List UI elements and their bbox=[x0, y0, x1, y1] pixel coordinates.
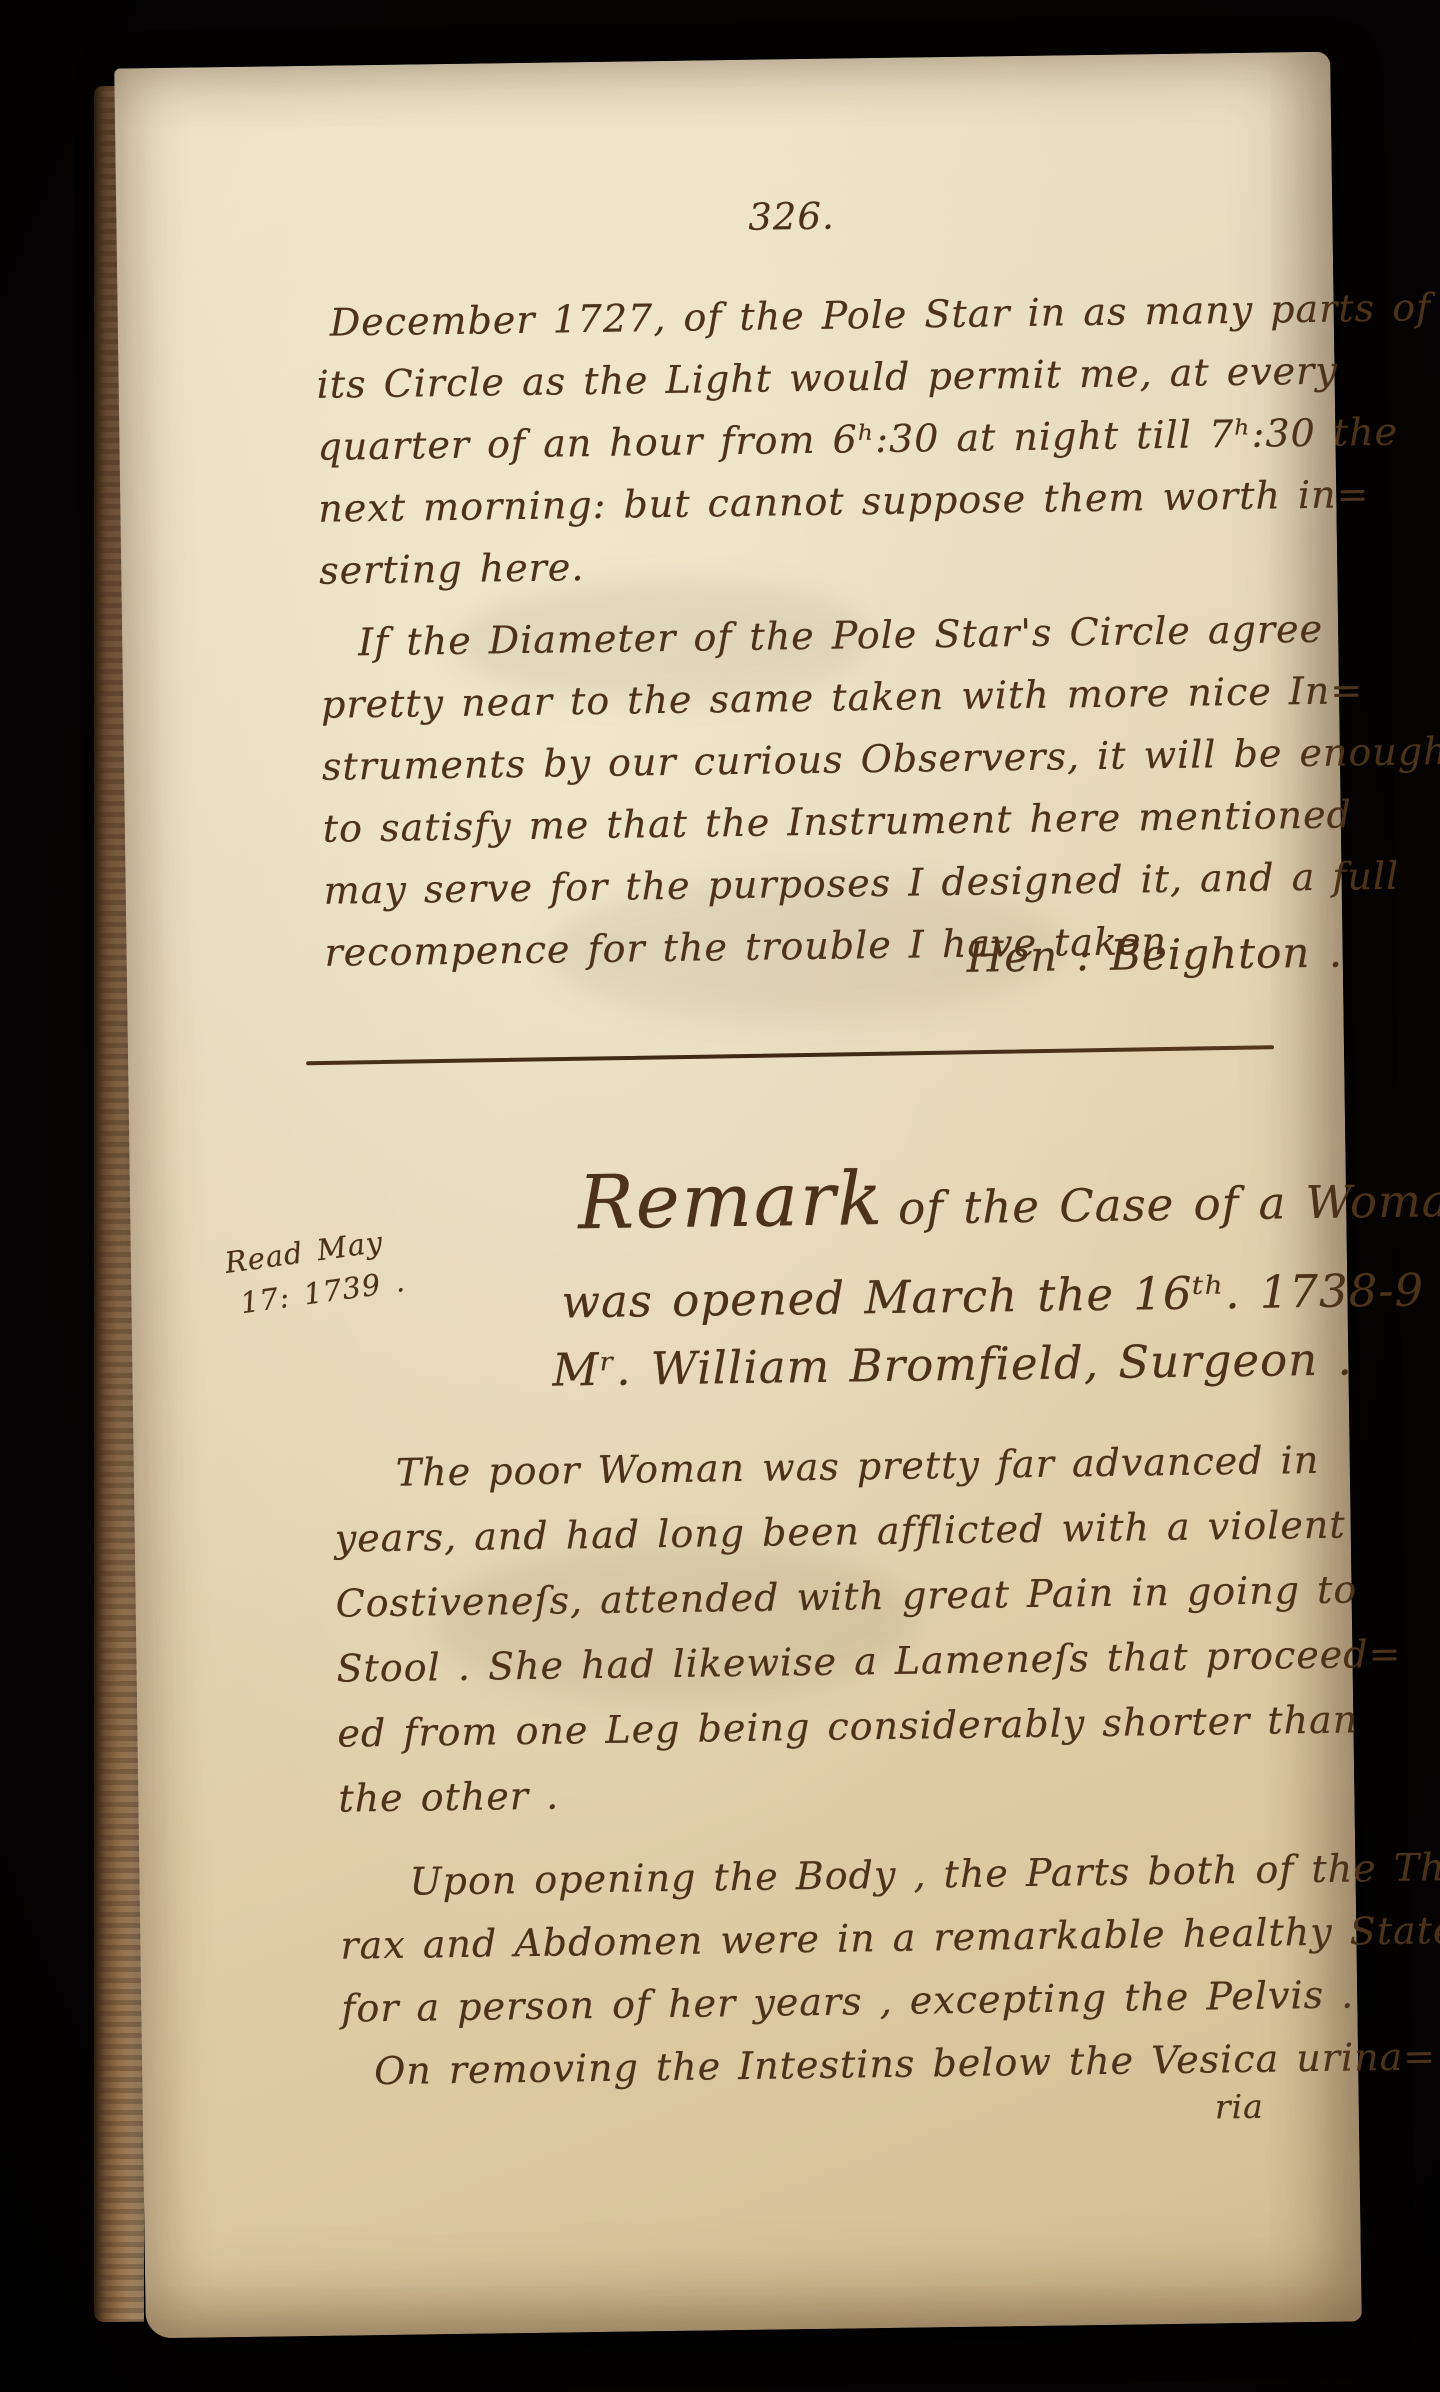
page-number: 326. bbox=[748, 195, 835, 239]
heading-line: Mʳ. William Bromfield, Surgeon . bbox=[552, 1322, 1440, 1405]
manuscript-photo: 326. December 1727, of the Pole Star in … bbox=[0, 0, 1440, 2392]
beighton-paragraph-2: If the Diameter of the Pole Star's Circl… bbox=[320, 596, 1440, 984]
remark-paragraph-2: Upon opening the Body , the Parts both o… bbox=[339, 1835, 1440, 2103]
beighton-paragraph-1: December 1727, of the Pole Star in as ma… bbox=[315, 276, 1435, 602]
heading-line: Remarkof the Case of a Woman that bbox=[577, 1134, 1440, 1268]
manuscript-line: the other . bbox=[338, 1752, 1404, 1832]
heading-line: was opened March the 16ᵗʰ. 1738-9 . By bbox=[561, 1254, 1440, 1336]
section-divider-rule bbox=[306, 1045, 1274, 1065]
remark-paragraph-1: The poor Woman was pretty far advanced i… bbox=[333, 1427, 1403, 1832]
heading-line-rest: of the Case of a Woman that bbox=[898, 1172, 1440, 1235]
margin-note-read-date: Read May 17: 1739 . bbox=[222, 1218, 408, 1325]
heading-large-word: Remark bbox=[577, 1156, 884, 1246]
catchword: ria bbox=[1215, 2087, 1265, 2127]
remark-section-heading: Remarkof the Case of a Woman that was op… bbox=[549, 1134, 1440, 1405]
manuscript-page: 326. December 1727, of the Pole Star in … bbox=[114, 52, 1362, 2339]
author-signature: Hen : Beighton . bbox=[966, 928, 1343, 982]
